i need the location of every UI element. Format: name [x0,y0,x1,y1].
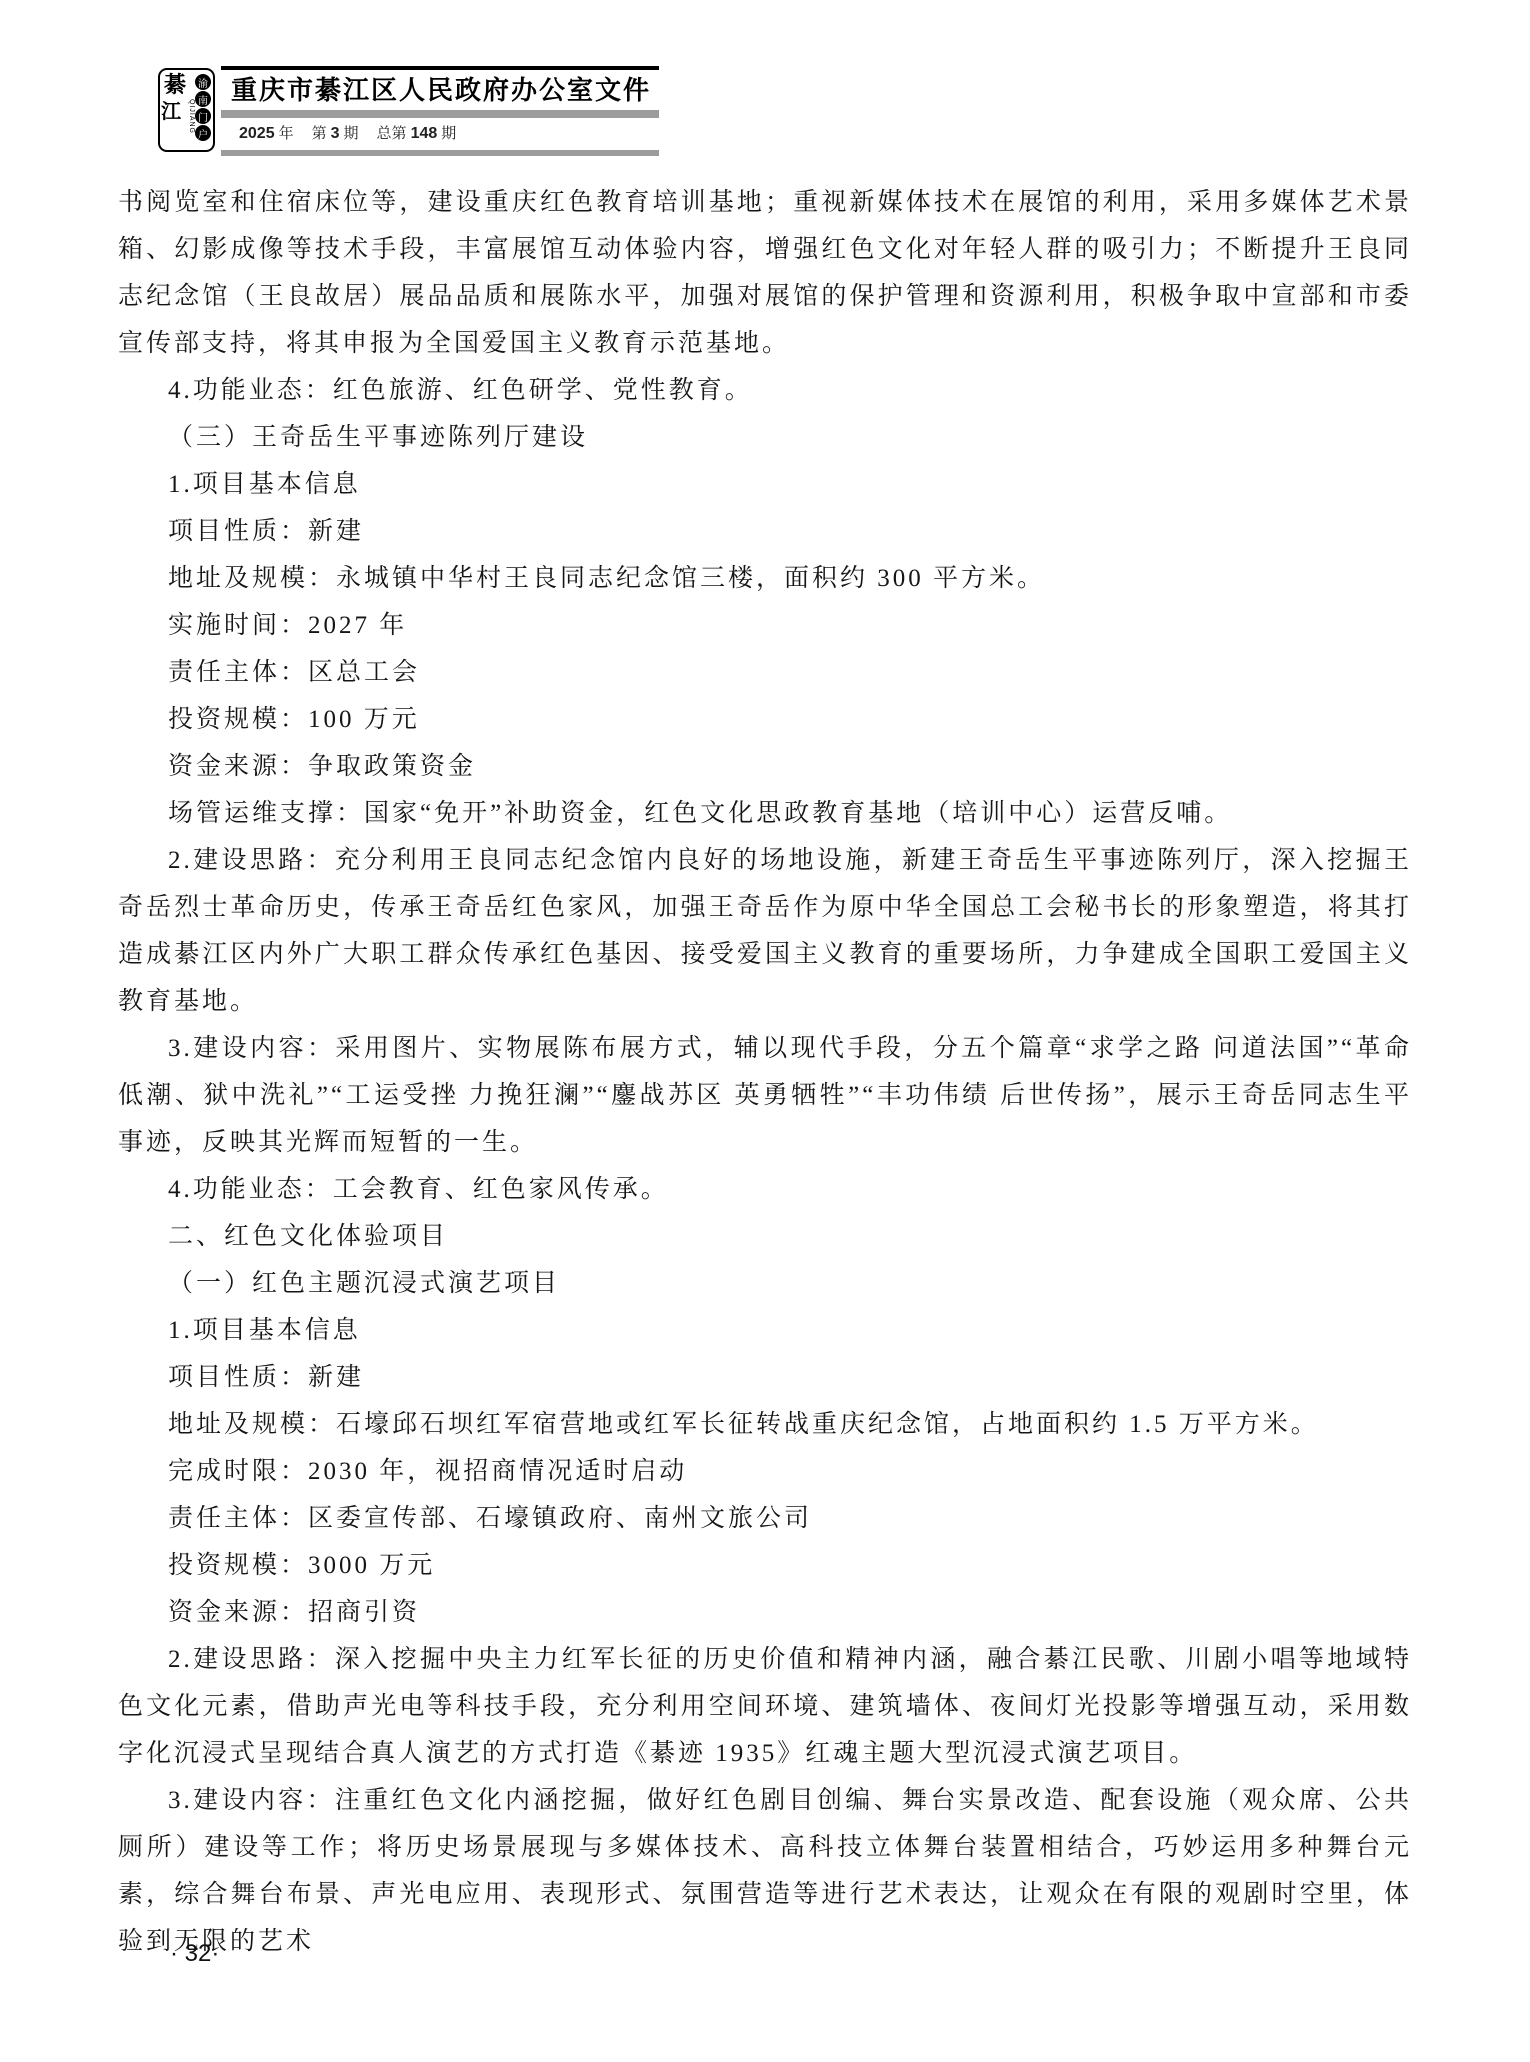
paragraph: 投资规模：3000 万元 [118,1542,1412,1589]
paragraph: 4.功能业态：工会教育、红色家风传承。 [118,1166,1412,1213]
logo-pinyin: QIJIANG [188,99,195,134]
paragraph: 项目性质：新建 [118,508,1412,555]
issue-part: 期 [344,124,359,145]
issue-part: 总第 [377,124,407,145]
paragraph: 责任主体：区总工会 [118,649,1412,696]
paragraph: 实施时间：2027 年 [118,602,1412,649]
issue-part: 2025 [239,123,275,145]
issue-part: 年 [279,124,294,145]
logo-seal: 渝 [195,74,211,90]
paragraph: 项目性质：新建 [118,1354,1412,1401]
logo-seal: 户 [195,125,211,141]
paragraph: 二、红色文化体验项目 [118,1213,1412,1260]
paragraph: 2.建设思路：充分利用王良同志纪念馆内良好的场地设施，新建王奇岳生平事迹陈列厅，… [118,837,1412,1025]
logo-characters: 綦 江 QIJIANG [164,73,190,148]
logo-seal: 南 [195,91,211,107]
issue-part: 期 [441,124,456,145]
masthead-gray-rule-1 [221,110,659,118]
logo-seal: 门 [195,108,211,124]
paragraph: 4.功能业态：红色旅游、红色研学、党性教育。 [118,367,1412,414]
masthead: 重庆市綦江区人民政府办公室文件 2025年第3期总第148期 [221,66,659,156]
issue-part: 3 [331,123,340,145]
gazette-logo: 綦 江 QIJIANG 渝南门户 [158,68,215,152]
paragraph: 地址及规模：永城镇中华村王良同志纪念馆三楼，面积约 300 平方米。 [118,555,1412,602]
logo-seal-column: 渝南门户 [195,74,211,148]
paragraph: 资金来源：招商引资 [118,1589,1412,1636]
paragraph: 3.建设内容：注重红色文化内涵挖掘，做好红色剧目创编、舞台实景改造、配套设施（观… [118,1777,1412,1965]
paragraph: 3.建设内容：采用图片、实物展陈布展方式，辅以现代手段，分五个篇章“求学之路 问… [118,1025,1412,1166]
paragraph: 2.建设思路：深入挖掘中央主力红军长征的历史价值和精神内涵，融合綦江民歌、川剧小… [118,1636,1412,1777]
logo-char-qi: 綦 [164,73,190,96]
paragraph: 场管运维支撑：国家“免开”补助资金，红色文化思政教育基地（培训中心）运营反哺。 [118,790,1412,837]
paragraph: 责任主体：区委宣传部、石壕镇政府、南州文旅公司 [118,1495,1412,1542]
issue-part: 148 [411,123,438,145]
document-page: 綦 江 QIJIANG 渝南门户 重庆市綦江区人民政府办公室文件 2025年第3… [0,0,1530,2062]
paragraph: 1.项目基本信息 [118,461,1412,508]
paragraph: （三）王奇岳生平事迹陈列厅建设 [118,414,1412,461]
paragraph: （一）红色主题沉浸式演艺项目 [118,1260,1412,1307]
document-title: 重庆市綦江区人民政府办公室文件 [221,70,659,110]
paragraph: 投资规模：100 万元 [118,696,1412,743]
body-paragraphs: 书阅览室和住宿床位等，建设重庆红色教育培训基地；重视新媒体技术在展馆的利用，采用… [118,179,1412,1965]
paragraph: 书阅览室和住宿床位等，建设重庆红色教育培训基地；重视新媒体技术在展馆的利用，采用… [118,179,1412,367]
paragraph: 资金来源：争取政策资金 [118,743,1412,790]
masthead-gray-rule-2 [221,150,659,156]
logo-char-jiang: 江 [161,102,190,123]
issue-part: 第 [312,124,327,145]
issue-info: 2025年第3期总第148期 [221,118,659,149]
paragraph: 完成时限：2030 年，视招商情况适时启动 [118,1448,1412,1495]
paragraph: 地址及规模：石壕邱石坝红军宿营地或红军长征转战重庆纪念馆，占地面积约 1.5 万… [118,1401,1412,1448]
page-number: · 32· [170,1940,219,1968]
paragraph: 1.项目基本信息 [118,1307,1412,1354]
